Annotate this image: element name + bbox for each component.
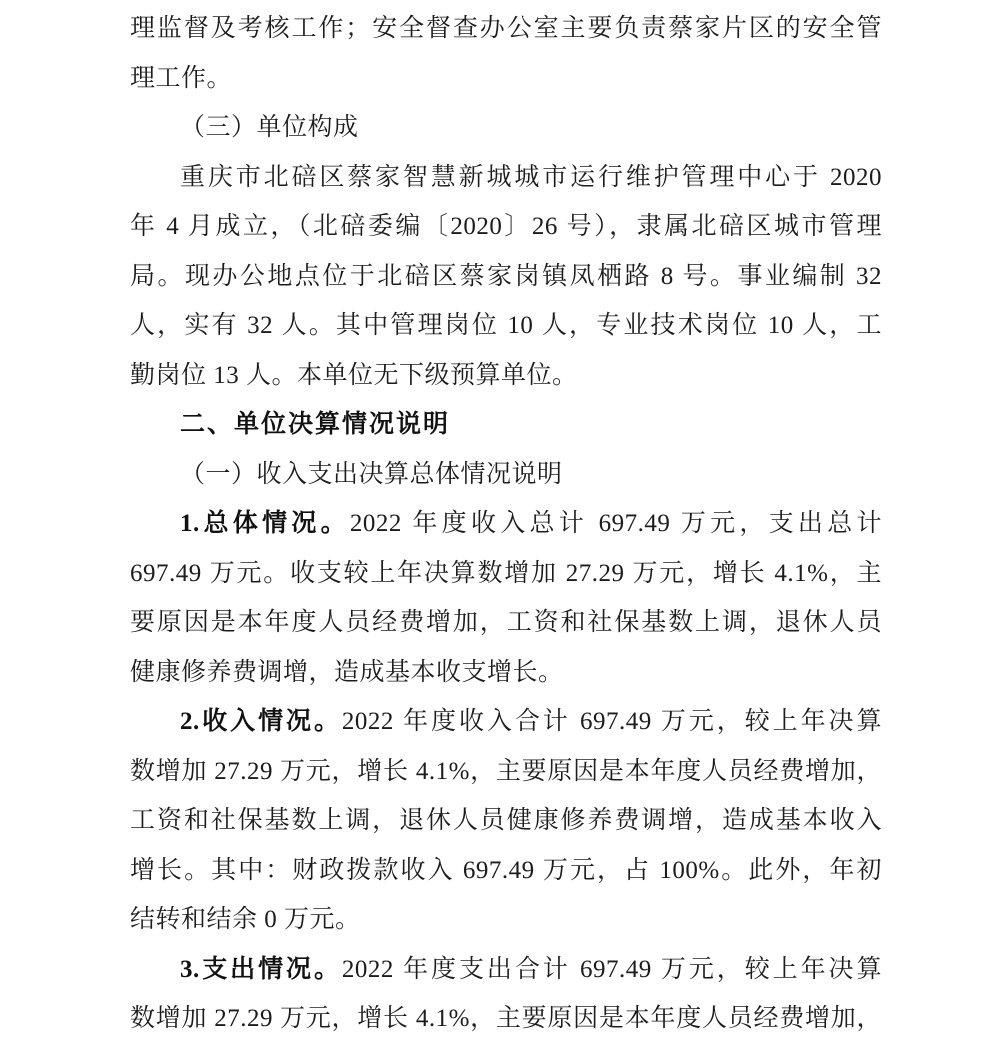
section-heading: 二、单位决算情况说明 — [130, 400, 882, 450]
text-line: 3.支出情况。2022 年度支出合计 697.49 万元，较上年决算 — [130, 945, 882, 995]
text-line: 理监督及考核工作；安全督查办公室主要负责蔡家片区的安全管 — [130, 4, 882, 54]
text-line: 健康修养费调增，造成基本收支增长。 — [130, 648, 882, 698]
text-line: 人，实有 32 人。其中管理岗位 10 人，专业技术岗位 10 人，工 — [130, 301, 882, 351]
bold-lead: 2.收入情况。 — [180, 708, 342, 735]
text-line: 年 4 月成立，（北碚委编〔2020〕26 号），隶属北碚区城市管理 — [130, 202, 882, 252]
text-line: 要原因是本年度人员经费增加，工资和社保基数上调，退休人员 — [130, 598, 882, 648]
text-line: 结转和结余 0 万元。 — [130, 895, 882, 945]
text-line: （三）单位构成 — [130, 103, 882, 153]
text-line: 局。现办公地点位于北碚区蔡家岗镇凤栖路 8 号。事业编制 32 — [130, 252, 882, 302]
text-line: 1.总体情况。2022 年度收入总计 697.49 万元，支出总计 — [130, 499, 882, 549]
text-line: 理工作。 — [130, 54, 882, 104]
text-line: 2.收入情况。2022 年度收入合计 697.49 万元，较上年决算 — [130, 697, 882, 747]
text-line: 勤岗位 13 人。本单位无下级预算单位。 — [130, 351, 882, 401]
text-line: 697.49 万元。收支较上年决算数增加 27.29 万元，增长 4.1%，主 — [130, 549, 882, 599]
text-line: 数增加 27.29 万元，增长 4.1%，主要原因是本年度人员经费增加， — [130, 994, 882, 1044]
bold-lead: 1.总体情况。 — [180, 510, 350, 537]
text-line: 工资和社保基数上调，退休人员健康修养费调增，造成基本收入 — [130, 796, 882, 846]
text-line: 数增加 27.29 万元，增长 4.1%，主要原因是本年度人员经费增加， — [130, 747, 882, 797]
text-line: （一）收入支出决算总体情况说明 — [130, 450, 882, 500]
text-line: 重庆市北碚区蔡家智慧新城城市运行维护管理中心于 2020 — [130, 153, 882, 203]
document-page: 理监督及考核工作；安全督查办公室主要负责蔡家片区的安全管理工作。（三）单位构成重… — [0, 0, 1000, 1044]
bold-lead: 3.支出情况。 — [180, 956, 342, 983]
document-text-block: 理监督及考核工作；安全督查办公室主要负责蔡家片区的安全管理工作。（三）单位构成重… — [130, 4, 882, 1044]
text-line: 增长。其中：财政拨款收入 697.49 万元，占 100%。此外，年初 — [130, 846, 882, 896]
